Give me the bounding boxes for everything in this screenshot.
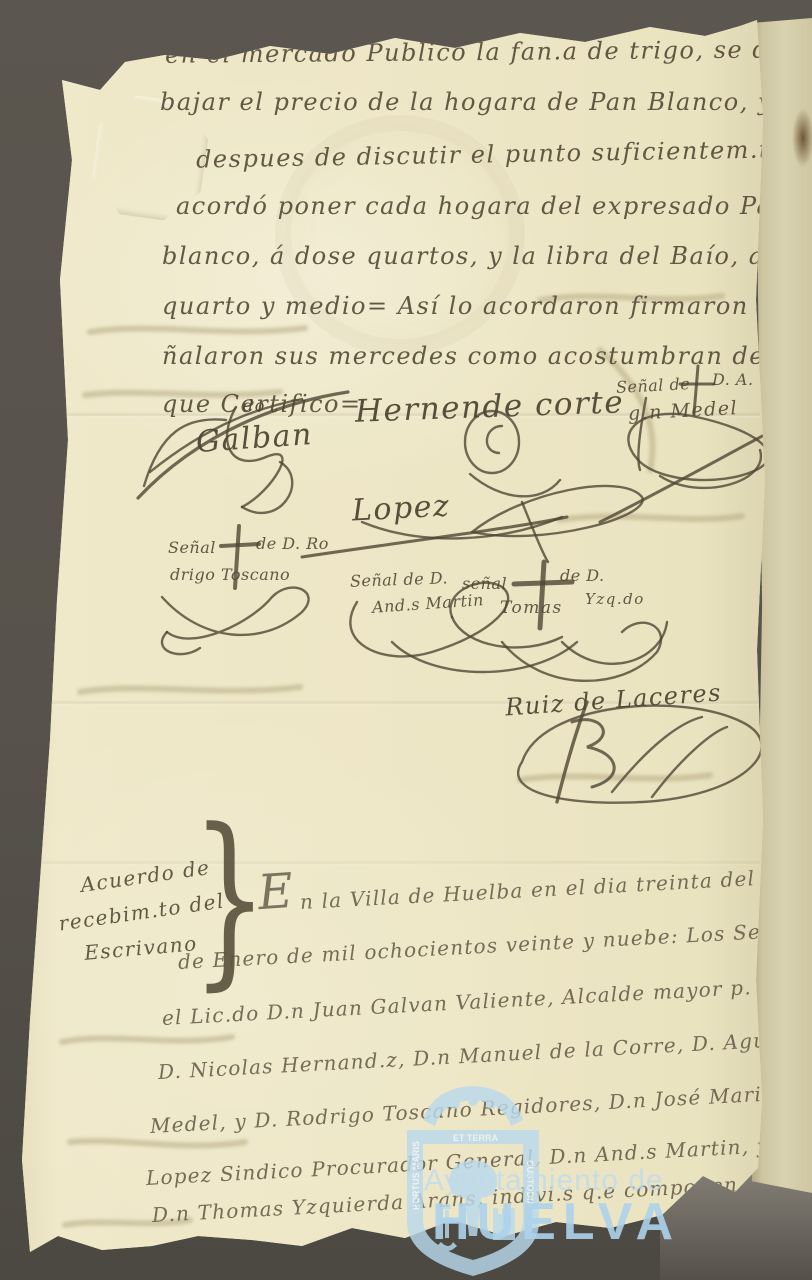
shield-motto-top: ET TERRA xyxy=(453,1133,499,1143)
hernande-rubric xyxy=(465,411,560,496)
watermark-org-name-main: HUELVA xyxy=(432,1192,680,1252)
lopez-rubric xyxy=(302,502,567,562)
notary-rubric xyxy=(518,702,761,803)
tomas-rubric xyxy=(502,622,667,681)
toscano-rubric xyxy=(162,588,309,655)
binding-stain xyxy=(792,108,812,168)
medel-senal-cross-icon xyxy=(680,366,714,414)
galban-rubric xyxy=(138,392,348,513)
medel-rubric xyxy=(472,398,770,536)
shield-motto-left: PORTUS MARIS xyxy=(411,1141,421,1210)
tomas-senal-cross-icon xyxy=(514,562,572,628)
toscano-senal-cross-icon xyxy=(221,526,259,588)
